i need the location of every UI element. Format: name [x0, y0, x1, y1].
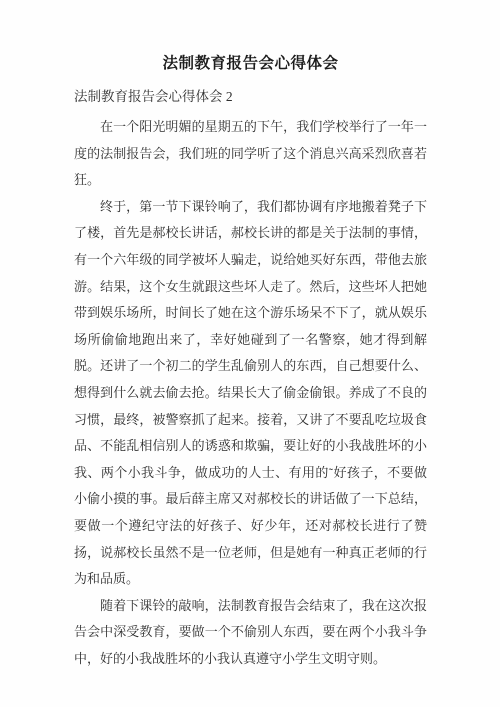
paragraph: 终于，第一节下课铃响了，我们都协调有序地搬着凳子下了楼，首先是郝校长讲话，郝校长…	[74, 194, 427, 593]
document-subtitle: 法制教育报告会心得体会 2	[74, 87, 427, 107]
document-page: 法制教育报告会心得体会 法制教育报告会心得体会 2 在一个阳光明媚的星期五的下午…	[0, 0, 500, 707]
document-body: 在一个阳光明媚的星期五的下午，我们学校举行了一年一度的法制报告会，我们班的同学听…	[74, 114, 427, 672]
paragraph: 在一个阳光明媚的星期五的下午，我们学校举行了一年一度的法制报告会，我们班的同学听…	[74, 114, 427, 194]
document-title: 法制教育报告会心得体会	[74, 54, 427, 74]
paragraph: 随着下课铃的敲响，法制教育报告会结束了，我在这次报告会中深受教育，要做一个不偷别…	[74, 593, 427, 673]
